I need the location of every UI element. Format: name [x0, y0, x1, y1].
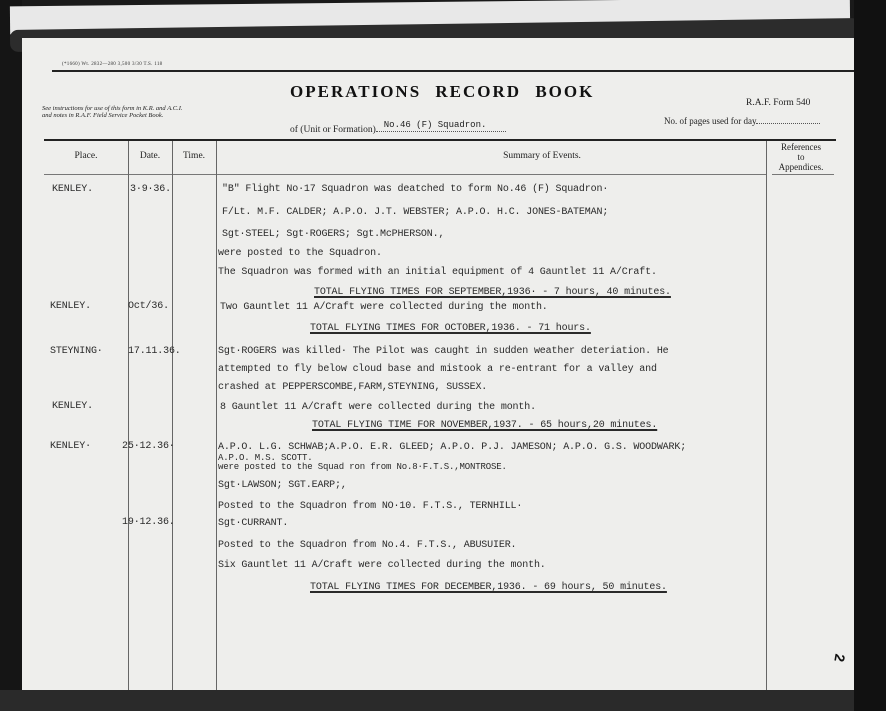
- scan-right-edge: [854, 0, 886, 711]
- page-title: OPERATIONS RECORD BOOK: [290, 82, 594, 102]
- record-page: (*1660) Wt. 2832—280 3,500 3/30 T.S. 118…: [22, 38, 854, 690]
- col-divider-date-time: [172, 141, 173, 690]
- unit-formation-field: of (Unit or Formation)No.46 (F) Squadron…: [290, 121, 506, 135]
- unit-label: of (Unit or Formation): [290, 125, 376, 135]
- header-bottom-rule: [44, 174, 766, 175]
- entry-date: 17.11.36.: [128, 346, 181, 357]
- monthly-total-september: TOTAL FLYING TIMES FOR SEPTEMBER,1936· -…: [314, 287, 671, 298]
- header-references: References to Appendices.: [767, 142, 835, 172]
- unit-value: No.46 (F) Squadron.: [384, 120, 487, 130]
- col-divider-summary-refs: [766, 141, 767, 690]
- entry-place: KENLEY·: [50, 441, 91, 452]
- summary-line: were posted to the Squad ron from No.8·F…: [218, 463, 507, 472]
- header-time: Time.: [172, 151, 216, 161]
- entry-place: KENLEY.: [52, 401, 93, 412]
- summary-line: were posted to the Squadron.: [218, 248, 382, 259]
- col-divider-time-summary: [216, 141, 217, 690]
- summary-line: Two Gauntlet 11 A/Craft were collected d…: [220, 302, 548, 313]
- form-instructions: See instructions for use of this form in…: [42, 105, 183, 119]
- summary-line: Sgt·STEEL; Sgt·ROGERS; Sgt.McPHERSON.,: [222, 229, 444, 240]
- summary-line: 8 Gauntlet 11 A/Craft were collected dur…: [220, 402, 536, 413]
- summary-line: Sgt·CURRANT.: [218, 518, 288, 529]
- summary-line: Sgt·LAWSON; SGT.EARP;,: [218, 480, 347, 491]
- header-top-rule: [44, 139, 836, 141]
- monthly-total-november: TOTAL FLYING TIME FOR NOVEMBER,1937. - 6…: [312, 420, 657, 431]
- summary-line: Six Gauntlet 11 A/Craft were collected d…: [218, 560, 546, 571]
- scan-bottom-edge: [0, 690, 886, 711]
- header-summary: Summary of Events.: [322, 151, 762, 161]
- summary-line: Posted to the Squadron from No.4. F.T.S.…: [218, 540, 516, 551]
- summary-line: The Squadron was formed with an initial …: [218, 267, 657, 278]
- entry-place: STEYNING·: [50, 346, 103, 357]
- print-code: (*1660) Wt. 2832—280 3,500 3/30 T.S. 118: [62, 62, 162, 67]
- monthly-total-december: TOTAL FLYING TIMES FOR DECEMBER,1936. - …: [310, 582, 667, 593]
- summary-line: Posted to the Squadron from NO·10. F.T.S…: [218, 501, 522, 512]
- summary-line: attempted to fly below cloud base and mi…: [218, 364, 657, 375]
- entry-place: KENLEY.: [50, 301, 91, 312]
- entry-date: Oct/36.: [128, 301, 169, 312]
- scan-left-edge: [0, 0, 22, 711]
- summary-line: "B" Flight No·17 Squadron was deatched t…: [222, 184, 608, 195]
- entry-date: 25·12.36·: [122, 441, 175, 452]
- margin-page-mark: 2: [831, 653, 848, 663]
- entry-date: 19·12.36.: [122, 517, 175, 528]
- summary-line: A.P.O. L.G. SCHWAB;A.P.O. E.R. GLEED; A.…: [218, 442, 686, 453]
- summary-line: F/Lt. M.F. CALDER; A.P.O. J.T. WEBSTER; …: [222, 207, 608, 218]
- col-divider-place-date: [128, 141, 129, 690]
- pages-used-field: No. of pages used for day: [664, 116, 820, 126]
- header-place: Place.: [44, 151, 128, 161]
- summary-line: crashed at PEPPERSCOMBE,FARM,STEYNING, S…: [218, 382, 487, 393]
- summary-line: Sgt·ROGERS was killed· The Pilot was cau…: [218, 346, 669, 357]
- monthly-total-october: TOTAL FLYING TIMES FOR OCTOBER,1936. - 7…: [310, 323, 591, 334]
- refs-header-rule: [772, 174, 834, 175]
- form-number: R.A.F. Form 540: [746, 98, 810, 108]
- entry-place: KENLEY.: [52, 184, 93, 195]
- top-rule: [52, 70, 858, 72]
- entry-date: 3·9·36.: [130, 184, 171, 195]
- header-date: Date.: [128, 151, 172, 161]
